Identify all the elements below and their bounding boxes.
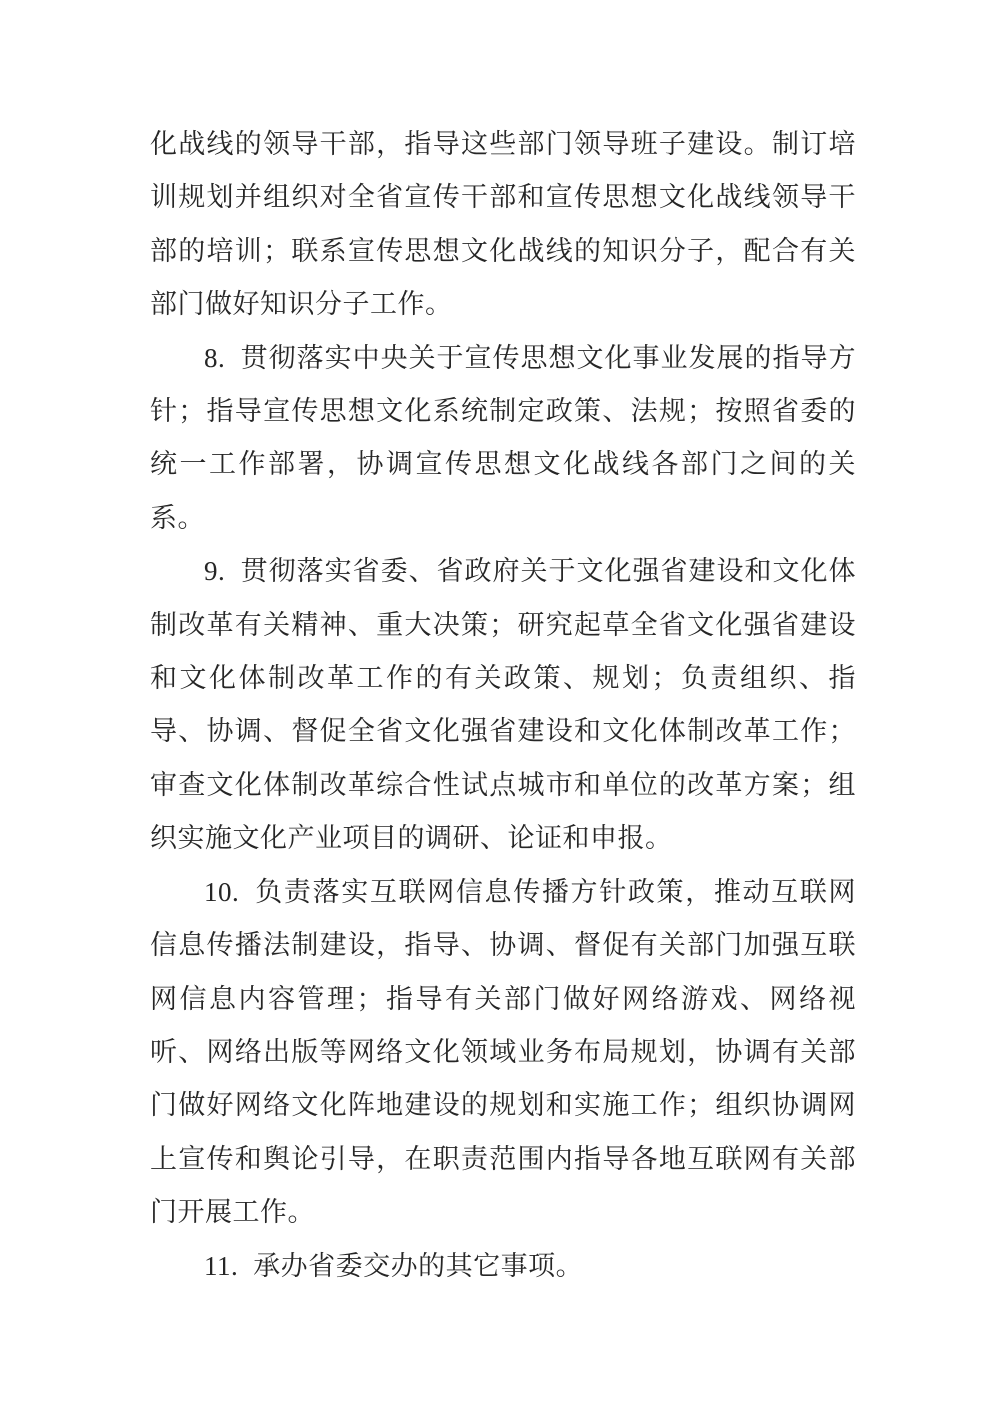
paragraph-text: 贯彻落实省委、省政府关于文化强省建设和文化体制改革有关精神、重大决策；研究起草全… — [150, 556, 856, 853]
paragraph-item-8: 8.贯彻落实中央关于宣传思想文化事业发展的指导方针；指导宣传思想文化系统制定政策… — [150, 332, 856, 546]
paragraph-text: 贯彻落实中央关于宣传思想文化事业发展的指导方针；指导宣传思想文化系统制定政策、法… — [150, 343, 856, 533]
paragraph-continuation: 化战线的领导干部，指导这些部门领导班子建设。制订培训规划并组织对全省宣传干部和宣… — [150, 118, 856, 332]
item-number: 8. — [204, 343, 225, 373]
document-body: 化战线的领导干部，指导这些部门领导班子建设。制订培训规划并组织对全省宣传干部和宣… — [150, 118, 856, 1293]
item-number: 9. — [204, 556, 225, 586]
item-number: 11. — [204, 1251, 238, 1281]
item-number: 10. — [204, 877, 239, 907]
paragraph-text: 化战线的领导干部，指导这些部门领导班子建设。制订培训规划并组织对全省宣传干部和宣… — [150, 129, 856, 319]
document-page: 化战线的领导干部，指导这些部门领导班子建设。制订培训规划并组织对全省宣传干部和宣… — [0, 0, 1000, 1413]
paragraph-item-10: 10.负责落实互联网信息传播方针政策，推动互联网信息传播法制建设，指导、协调、督… — [150, 866, 856, 1240]
paragraph-text: 负责落实互联网信息传播方针政策，推动互联网信息传播法制建设，指导、协调、督促有关… — [150, 877, 856, 1227]
paragraph-item-9: 9.贯彻落实省委、省政府关于文化强省建设和文化体制改革有关精神、重大决策；研究起… — [150, 545, 856, 865]
paragraph-item-11: 11.承办省委交办的其它事项。 — [150, 1240, 856, 1293]
paragraph-text: 承办省委交办的其它事项。 — [253, 1251, 583, 1281]
